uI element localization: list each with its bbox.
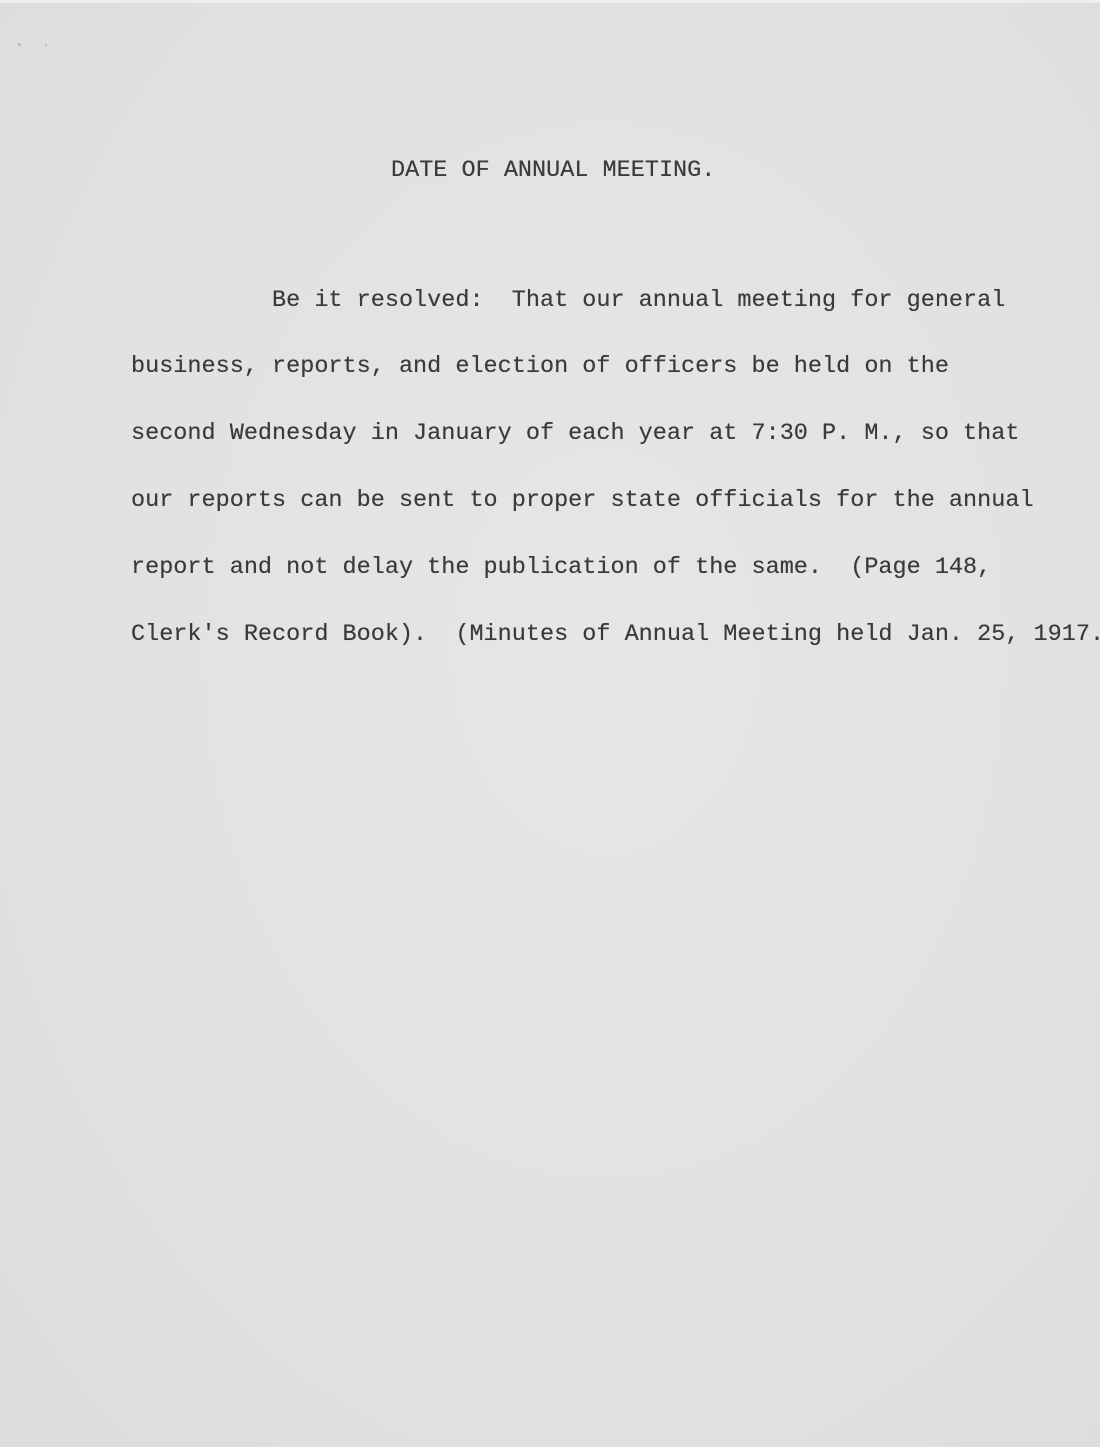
paragraph-line: second Wednesday in January of each year…	[131, 423, 1100, 445]
paragraph-line: business, reports, and election of offic…	[131, 356, 1100, 378]
resolution-paragraph: Be it resolved: That our annual meeting …	[131, 245, 1100, 691]
paper-speck	[18, 43, 21, 46]
paper-speck	[45, 44, 47, 46]
paragraph-line: report and not delay the publication of …	[131, 557, 1100, 579]
document-title: DATE OF ANNUAL MEETING.	[391, 158, 715, 184]
paragraph-line: Be it resolved: That our annual meeting …	[131, 290, 1100, 312]
paragraph-line: our reports can be sent to proper state …	[131, 490, 1100, 512]
typewritten-page: DATE OF ANNUAL MEETING. Be it resolved: …	[0, 0, 1100, 1447]
paper-top-edge	[0, 0, 1100, 3]
paragraph-line: Clerk's Record Book). (Minutes of Annual…	[131, 624, 1100, 646]
